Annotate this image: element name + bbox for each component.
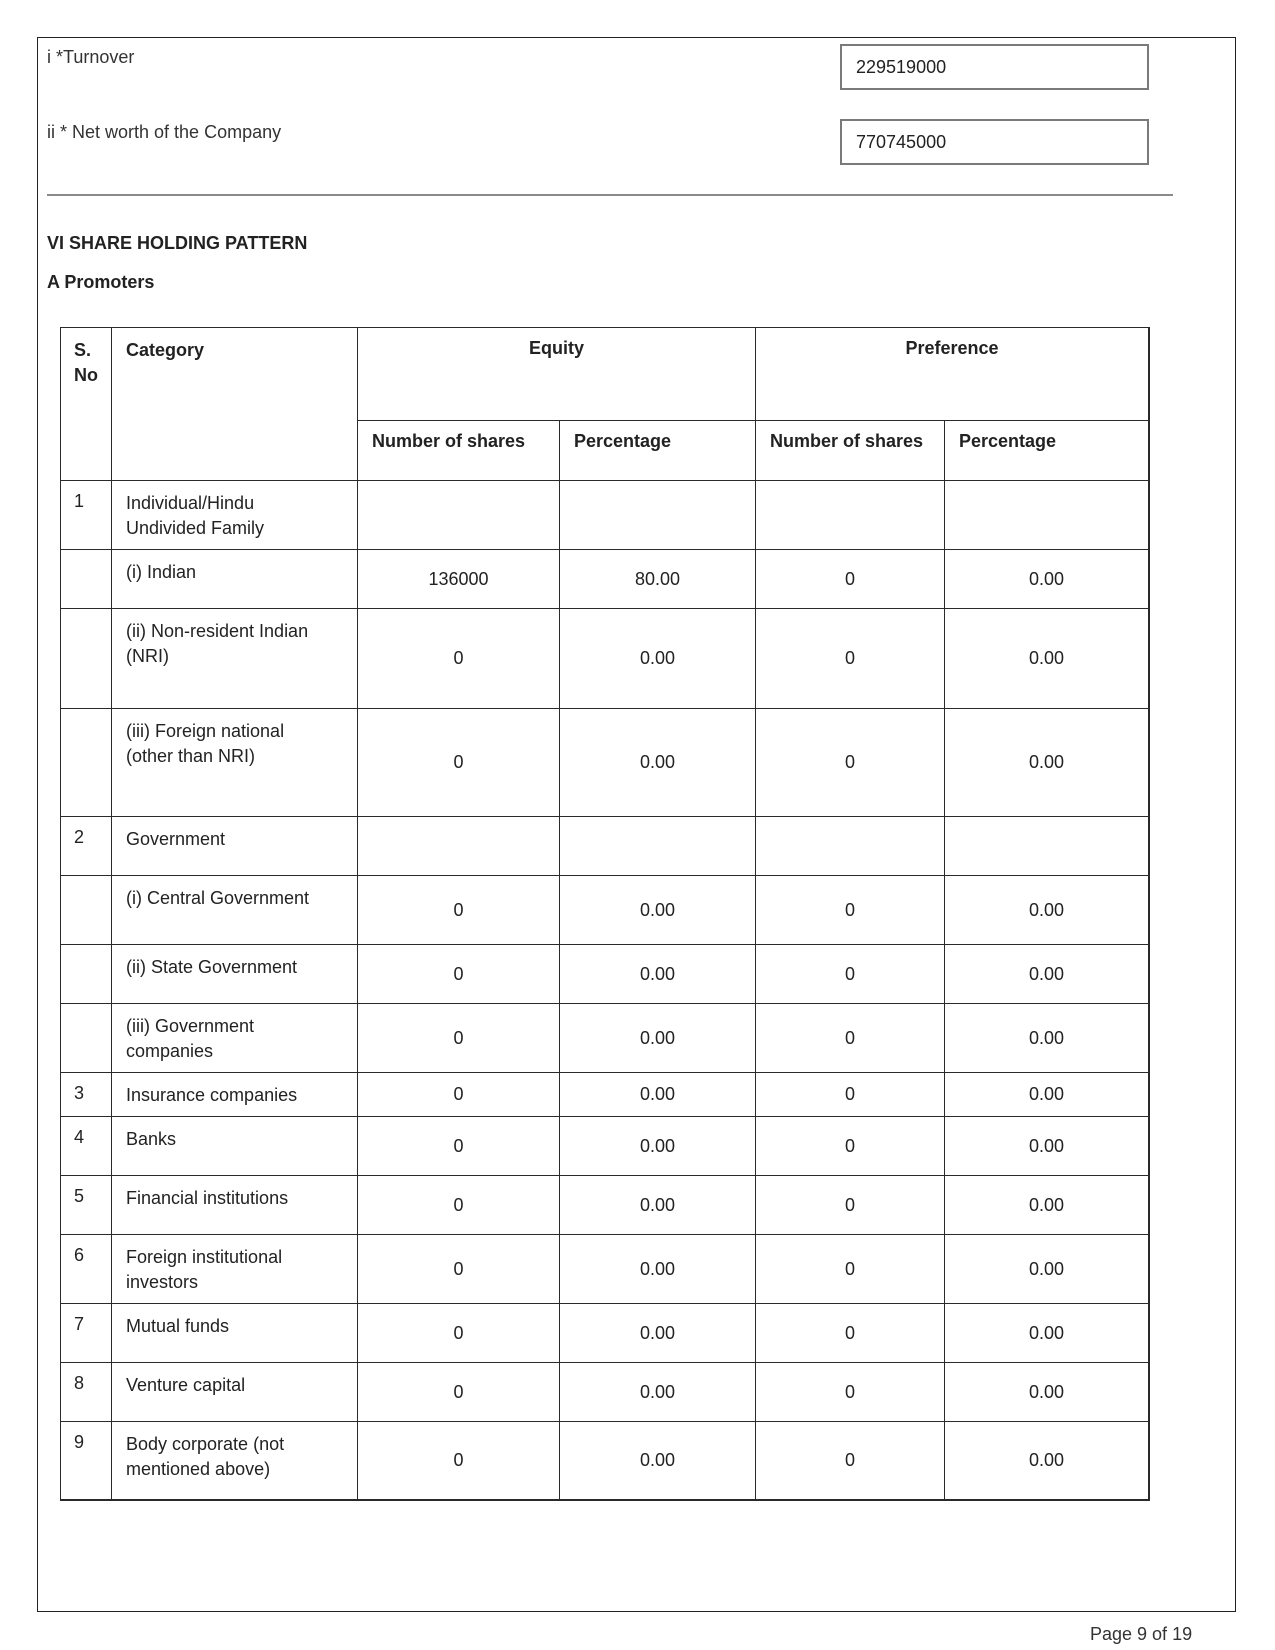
equity-shares-value-text: 0	[453, 1136, 463, 1157]
equity-shares-value: 0	[357, 1421, 559, 1499]
row-sno-text: 3	[74, 1083, 84, 1103]
preference-shares-value: 0	[755, 1175, 944, 1234]
row-category: Mutual funds	[111, 1303, 357, 1362]
preference-percentage-value-text: 0.00	[1029, 648, 1064, 669]
preference-percentage-value-text: 0.00	[1029, 1259, 1064, 1280]
row-category: (ii) State Government	[111, 944, 357, 1003]
preference-shares-value: 0	[755, 1421, 944, 1499]
row-category-text: Individual/Hindu Undivided Family	[126, 493, 264, 538]
row-category-text: (i) Central Government	[126, 888, 309, 908]
row-sno	[60, 608, 111, 708]
preference-shares-value: 0	[755, 1303, 944, 1362]
equity-percentage-value-text: 0.00	[640, 1323, 675, 1344]
row-sno: 7	[60, 1303, 111, 1362]
row-sno	[60, 875, 111, 944]
preference-shares-value-text: 0	[845, 964, 855, 985]
preference-shares-value-text: 0	[845, 752, 855, 773]
preference-shares-value-text: 0	[845, 1259, 855, 1280]
equity-percentage-value-text: 80.00	[635, 569, 680, 590]
preference-shares-value: 0	[755, 1362, 944, 1421]
row-category: (iii) Government companies	[111, 1003, 357, 1072]
header-equity-percentage: Percentage	[559, 420, 755, 480]
preference-percentage-value-text: 0.00	[1029, 900, 1064, 921]
equity-percentage-value-text: 0.00	[640, 1450, 675, 1471]
preference-percentage-value-text: 0.00	[1029, 1028, 1064, 1049]
equity-shares-value-text: 0	[453, 1084, 463, 1105]
row-sno: 5	[60, 1175, 111, 1234]
equity-shares-value: 0	[357, 708, 559, 816]
row-sno	[60, 944, 111, 1003]
equity-percentage-value-text: 0.00	[640, 900, 675, 921]
preference-shares-value-text: 0	[845, 1084, 855, 1105]
preference-shares-value-text: 0	[845, 1195, 855, 1216]
header-equity-shares: Number of shares	[357, 420, 559, 480]
equity-percentage-value	[559, 816, 755, 875]
equity-percentage-value-text: 0.00	[640, 964, 675, 985]
row-category: Government	[111, 816, 357, 875]
preference-percentage-value: 0.00	[944, 1421, 1148, 1499]
preference-shares-value: 0	[755, 944, 944, 1003]
row-category-text: (iii) Government companies	[126, 1016, 254, 1061]
equity-percentage-value-text: 0.00	[640, 1136, 675, 1157]
equity-percentage-value-text: 0.00	[640, 1382, 675, 1403]
preference-percentage-value-text: 0.00	[1029, 1084, 1064, 1105]
header-preference-shares: Number of shares	[755, 420, 944, 480]
row-sno: 3	[60, 1072, 111, 1116]
preference-shares-value-text: 0	[845, 1136, 855, 1157]
row-category: Individual/Hindu Undivided Family	[111, 480, 357, 549]
preference-shares-value-text: 0	[845, 569, 855, 590]
row-sno: 6	[60, 1234, 111, 1303]
equity-shares-value: 0	[357, 1303, 559, 1362]
equity-percentage-value: 0.00	[559, 708, 755, 816]
row-category: Financial institutions	[111, 1175, 357, 1234]
header-sno-text: No	[74, 363, 111, 388]
equity-shares-value-text: 0	[453, 1028, 463, 1049]
equity-shares-value	[357, 480, 559, 549]
preference-percentage-value: 0.00	[944, 1116, 1148, 1175]
equity-shares-value-text: 136000	[428, 569, 488, 590]
header-category-text: Category	[126, 340, 204, 360]
row-sno-text: 8	[74, 1373, 84, 1393]
preference-percentage-value-text: 0.00	[1029, 1195, 1064, 1216]
row-category-text: Body corporate (not mentioned above)	[126, 1434, 284, 1479]
equity-percentage-value: 0.00	[559, 1303, 755, 1362]
row-category-text: Mutual funds	[126, 1316, 229, 1336]
equity-shares-value: 0	[357, 875, 559, 944]
row-category-text: Banks	[126, 1129, 176, 1149]
row-category-text: Venture capital	[126, 1375, 245, 1395]
preference-percentage-value	[944, 816, 1148, 875]
net-worth-field[interactable]	[840, 119, 1149, 165]
equity-percentage-value: 0.00	[559, 1362, 755, 1421]
row-category-text: (ii) State Government	[126, 957, 297, 977]
equity-shares-value: 0	[357, 1362, 559, 1421]
turnover-field[interactable]	[840, 44, 1149, 90]
preference-percentage-value	[944, 480, 1148, 549]
equity-percentage-value-text: 0.00	[640, 648, 675, 669]
preference-shares-value: 0	[755, 608, 944, 708]
row-category: (i) Central Government	[111, 875, 357, 944]
row-category-text: (iii) Foreign national (other than NRI)	[126, 721, 284, 766]
header-preference-percentage: Percentage	[944, 420, 1148, 480]
equity-percentage-value: 0.00	[559, 875, 755, 944]
preference-percentage-value-text: 0.00	[1029, 1382, 1064, 1403]
header-preference: Preference	[755, 327, 1148, 420]
equity-percentage-value-text: 0.00	[640, 1084, 675, 1105]
preference-percentage-value: 0.00	[944, 1362, 1148, 1421]
table-border-bottom	[60, 1499, 1150, 1501]
equity-percentage-value: 0.00	[559, 1234, 755, 1303]
row-category-text: Government	[126, 829, 225, 849]
header-preference-text: Preference	[905, 338, 998, 358]
preference-percentage-value: 0.00	[944, 1234, 1148, 1303]
equity-shares-value-text: 0	[453, 964, 463, 985]
equity-percentage-value-text: 0.00	[640, 1259, 675, 1280]
row-sno-text: 2	[74, 827, 84, 847]
row-sno: 8	[60, 1362, 111, 1421]
equity-shares-value: 136000	[357, 549, 559, 608]
row-sno	[60, 708, 111, 816]
table-border-right	[1148, 327, 1150, 1501]
preference-percentage-value-text: 0.00	[1029, 1450, 1064, 1471]
row-sno: 2	[60, 816, 111, 875]
preference-percentage-value-text: 0.00	[1029, 1136, 1064, 1157]
preference-percentage-value: 0.00	[944, 708, 1148, 816]
preference-shares-value: 0	[755, 875, 944, 944]
preference-shares-value: 0	[755, 549, 944, 608]
preference-percentage-value: 0.00	[944, 608, 1148, 708]
row-sno: 4	[60, 1116, 111, 1175]
row-sno	[60, 549, 111, 608]
preference-percentage-value: 0.00	[944, 1003, 1148, 1072]
preference-percentage-value: 0.00	[944, 1303, 1148, 1362]
section-divider	[47, 194, 1173, 196]
header-equity-shares-text: Number of shares	[372, 431, 525, 451]
equity-shares-value-text: 0	[453, 1259, 463, 1280]
equity-shares-value: 0	[357, 1072, 559, 1116]
section-title: VI SHARE HOLDING PATTERN	[47, 233, 307, 254]
row-sno-text: 4	[74, 1127, 84, 1147]
preference-percentage-value: 0.00	[944, 1175, 1148, 1234]
row-sno	[60, 1003, 111, 1072]
equity-percentage-value-text: 0.00	[640, 752, 675, 773]
row-sno: 1	[60, 480, 111, 549]
preference-shares-value-text: 0	[845, 900, 855, 921]
preference-percentage-value-text: 0.00	[1029, 1323, 1064, 1344]
equity-shares-value: 0	[357, 1116, 559, 1175]
row-sno-text: 6	[74, 1245, 84, 1265]
row-category-text: Financial institutions	[126, 1188, 288, 1208]
equity-percentage-value: 0.00	[559, 1003, 755, 1072]
preference-shares-value-text: 0	[845, 648, 855, 669]
equity-shares-value: 0	[357, 1003, 559, 1072]
equity-percentage-value: 80.00	[559, 549, 755, 608]
equity-percentage-value: 0.00	[559, 1072, 755, 1116]
equity-shares-value-text: 0	[453, 900, 463, 921]
preference-shares-value	[755, 816, 944, 875]
header-equity-percentage-text: Percentage	[574, 431, 671, 451]
equity-shares-value: 0	[357, 1175, 559, 1234]
equity-shares-value-text: 0	[453, 752, 463, 773]
header-preference-percentage-text: Percentage	[959, 431, 1056, 451]
preference-shares-value: 0	[755, 1234, 944, 1303]
equity-percentage-value: 0.00	[559, 1175, 755, 1234]
header-sno-text: S.	[74, 338, 111, 363]
preference-shares-value-text: 0	[845, 1028, 855, 1049]
preference-shares-value-text: 0	[845, 1382, 855, 1403]
equity-percentage-value: 0.00	[559, 1116, 755, 1175]
header-equity: Equity	[357, 327, 755, 420]
turnover-label: i *Turnover	[47, 47, 134, 68]
preference-percentage-value-text: 0.00	[1029, 752, 1064, 773]
row-category: Banks	[111, 1116, 357, 1175]
preference-percentage-value: 0.00	[944, 944, 1148, 1003]
preference-shares-value-text: 0	[845, 1323, 855, 1344]
equity-shares-value-text: 0	[453, 1195, 463, 1216]
row-category: (ii) Non-resident Indian (NRI)	[111, 608, 357, 708]
header-equity-text: Equity	[529, 338, 584, 358]
row-sno-text: 1	[74, 491, 84, 511]
preference-percentage-value: 0.00	[944, 875, 1148, 944]
preference-percentage-value-text: 0.00	[1029, 569, 1064, 590]
equity-percentage-value-text: 0.00	[640, 1195, 675, 1216]
header-sno: S.No	[60, 327, 111, 480]
equity-shares-value: 0	[357, 944, 559, 1003]
row-sno-text: 9	[74, 1432, 84, 1452]
preference-percentage-value-text: 0.00	[1029, 964, 1064, 985]
row-category-text: Foreign institutional investors	[126, 1247, 282, 1292]
preference-shares-value: 0	[755, 708, 944, 816]
preference-shares-value	[755, 480, 944, 549]
row-category: (iii) Foreign national (other than NRI)	[111, 708, 357, 816]
section-subtitle: A Promoters	[47, 272, 154, 293]
row-sno-text: 5	[74, 1186, 84, 1206]
preference-percentage-value: 0.00	[944, 1072, 1148, 1116]
net-worth-label: ii * Net worth of the Company	[47, 122, 281, 143]
header-category: Category	[111, 327, 357, 480]
equity-shares-value-text: 0	[453, 1323, 463, 1344]
row-category-text: (i) Indian	[126, 562, 196, 582]
page-number: Page 9 of 19	[1090, 1624, 1192, 1645]
equity-percentage-value: 0.00	[559, 1421, 755, 1499]
preference-percentage-value: 0.00	[944, 549, 1148, 608]
row-category-text: Insurance companies	[126, 1085, 297, 1105]
equity-percentage-value: 0.00	[559, 608, 755, 708]
row-category: (i) Indian	[111, 549, 357, 608]
equity-percentage-value-text: 0.00	[640, 1028, 675, 1049]
row-category: Venture capital	[111, 1362, 357, 1421]
row-category-text: (ii) Non-resident Indian (NRI)	[126, 621, 308, 666]
row-category: Body corporate (not mentioned above)	[111, 1421, 357, 1499]
preference-shares-value: 0	[755, 1003, 944, 1072]
equity-shares-value: 0	[357, 1234, 559, 1303]
row-category: Insurance companies	[111, 1072, 357, 1116]
header-preference-shares-text: Number of shares	[770, 431, 923, 451]
preference-shares-value-text: 0	[845, 1450, 855, 1471]
row-sno-text: 7	[74, 1314, 84, 1334]
preference-shares-value: 0	[755, 1072, 944, 1116]
row-category: Foreign institutional investors	[111, 1234, 357, 1303]
equity-shares-value-text: 0	[453, 648, 463, 669]
equity-shares-value-text: 0	[453, 1382, 463, 1403]
preference-shares-value: 0	[755, 1116, 944, 1175]
equity-shares-value-text: 0	[453, 1450, 463, 1471]
equity-percentage-value: 0.00	[559, 944, 755, 1003]
equity-shares-value: 0	[357, 608, 559, 708]
equity-percentage-value	[559, 480, 755, 549]
equity-shares-value	[357, 816, 559, 875]
row-sno: 9	[60, 1421, 111, 1499]
